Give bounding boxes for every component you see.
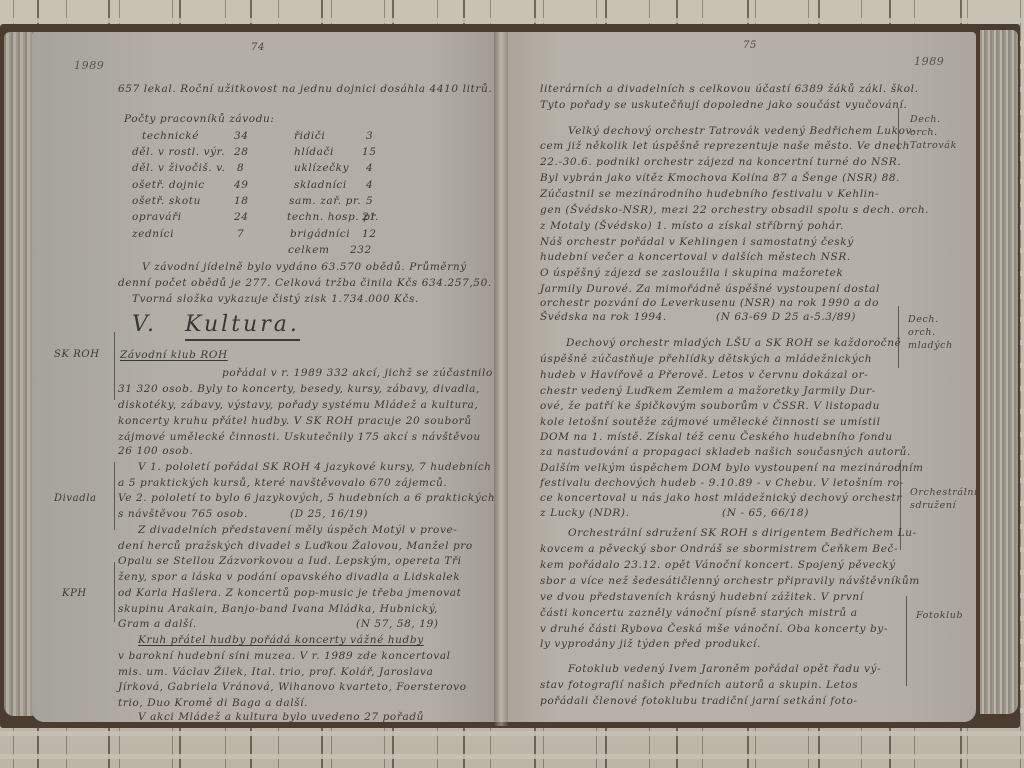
text-line: trio, Duo Kromě di Baga a další. xyxy=(118,698,308,709)
staff-label: děl. v živočiš. v. xyxy=(132,163,226,174)
text-line: Tyto pořady se uskutečňují dopoledne jak… xyxy=(540,100,907,111)
margin-note-fotoklub: Fotoklub xyxy=(916,610,976,623)
staff-value: 12 xyxy=(362,229,377,240)
staff-value: 8 xyxy=(237,163,244,174)
text-line: 31 320 osob. Byly to koncerty, besedy, k… xyxy=(118,384,480,395)
text-line: koncerty kruhu přátel hudby. V SK ROH pr… xyxy=(118,416,472,427)
staff-label: zedníci xyxy=(132,229,174,240)
staff-label: ošetř. skotu xyxy=(132,196,201,207)
margin-rule xyxy=(114,332,115,400)
staff-label: brigádníci xyxy=(290,229,350,240)
right-page-edges xyxy=(980,30,1018,714)
staff-label: hlídači xyxy=(294,147,334,158)
text-line: Z divadelních představení měly úspěch Mo… xyxy=(138,525,457,536)
section-title: Kultura. xyxy=(185,312,300,341)
text-line: V závodní jídelně bylo vydáno 63.570 obě… xyxy=(142,262,467,273)
margin-note-kph: KPH xyxy=(62,589,87,599)
margin-note-tatrovak: Dech. orch. Tatrovák xyxy=(910,114,970,152)
staff-label: děl. v rostl. výr. xyxy=(132,147,225,158)
staff-label: sam. zař. pr. xyxy=(289,196,361,207)
text-line: ly vyprodány již týden před produkcí. xyxy=(540,639,761,650)
margin-rule xyxy=(114,562,115,622)
staff-label: ošetř. dojnic xyxy=(132,180,205,191)
text-line: Dechový orchestr mladých LŠU a SK ROH se… xyxy=(566,338,901,349)
staff-label: uklízečky xyxy=(294,163,349,174)
staff-value: 18 xyxy=(234,196,249,207)
text-line: literárních a divadelních s celkovou úča… xyxy=(540,84,919,95)
text-line: Náš orchestr pořádal v Kehlingen i samos… xyxy=(540,237,854,248)
text-line: Opalu se Stellou Zázvorkovou a Iud. Leps… xyxy=(118,556,462,567)
left-page: 74 1989 657 lekal. Roční užitkovost na j… xyxy=(32,32,500,722)
text-line: z Motaly (Švédsko) 1. místo a získal stř… xyxy=(540,221,844,232)
page-number: 75 xyxy=(743,41,757,51)
text-line: Tvorná složka vykazuje čistý zisk 1.734.… xyxy=(132,294,419,305)
staff-total-label: celkem xyxy=(288,245,330,256)
staff-total-value: 232 xyxy=(350,245,372,256)
text-line: zájmové umělecké činnosti. Uskutečnily 1… xyxy=(118,432,481,443)
book-gutter xyxy=(494,32,508,726)
staff-value: 7 xyxy=(237,229,244,240)
text-line: ové, že patří ke špičkovým souborům v ČS… xyxy=(540,401,880,412)
text-line: orchestr pozvání do Leverkusenu (NSR) na… xyxy=(540,298,879,309)
margin-note-dech-orch-mladych: Dech. orch. mladých xyxy=(908,314,970,352)
text-line-kph: Kruh přátel hudby pořádá koncerty vážné … xyxy=(138,635,424,646)
text-line: ve dvou představeních krásný hudební záž… xyxy=(540,592,864,603)
margin-note-orchestralni-sdruzeni: Orchestrální sdružení xyxy=(910,487,972,513)
text-line: Gram a další. xyxy=(118,619,197,630)
year-mark: 1989 xyxy=(74,60,104,71)
staff-value: 28 xyxy=(234,147,249,158)
text-line: O úspěšný zájezd se zasloužila i skupina… xyxy=(540,268,843,279)
staff-label: technické xyxy=(142,131,199,142)
text-line: pořádali členové fotoklubu tradiční jarn… xyxy=(540,696,858,707)
text-line: Zúčastnil se mezinárodního hudebního fes… xyxy=(540,189,879,200)
staff-value: 4 xyxy=(366,180,373,191)
staff-value: 34 xyxy=(234,131,249,142)
text-line: Ve 2. pololetí to bylo 6 jazykových, 5 h… xyxy=(118,493,495,504)
staff-value: 5 xyxy=(366,196,373,207)
text-line: Jarmily Durové. Za mimořádně úspěšné vys… xyxy=(540,284,880,295)
text-line: hudeb v Havířově a Přerově. Letos v červ… xyxy=(540,370,868,381)
text-line: části koncertu zazněly vánoční písně sta… xyxy=(540,608,858,619)
text-line: sbor a více než šedesátičlenný orchestr … xyxy=(540,576,920,587)
text-line: Dalším velkým úspěchem DOM bylo vystoupe… xyxy=(540,463,924,474)
margin-rule xyxy=(114,462,115,530)
club-heading: Závodní klub ROH xyxy=(120,350,228,361)
text-line: pořádal v r. 1989 332 akcí, jichž se zúč… xyxy=(222,368,493,379)
text-line: ženy, spor a láska v podání opavského di… xyxy=(118,572,460,583)
text-line: úspěšně zúčastňuje přehlídky dětských a … xyxy=(540,354,872,365)
text-line: gen (Švédsko-NSR), mezi 22 orchestry obs… xyxy=(540,205,929,216)
reference-note: (D 25, 16/19) xyxy=(290,509,368,520)
text-line: kole letošní soutěže zájmové umělecké či… xyxy=(540,417,881,428)
text-line: cem již několik let úspěšně reprezentuje… xyxy=(540,141,910,152)
text-line: V 1. pololetí pořádal SK ROH 4 jazykové … xyxy=(138,462,492,473)
text-line: ce koncertoval u nás jako host mládežnic… xyxy=(540,493,902,504)
text-line: Švédska na rok 1994. xyxy=(540,312,667,323)
text-line: z Lucky (NDR). xyxy=(540,508,630,519)
text-line: Fotoklub vedený Ivem Jaroněm pořádal opě… xyxy=(568,664,881,675)
reference-note: (N - 65, 66/18) xyxy=(722,508,809,519)
text-line: a 5 praktických kursů, které navštěvoval… xyxy=(118,478,447,489)
text-line: stav fotografií našich předních autorů a… xyxy=(540,680,858,691)
text-line: Jírková, Gabriela Vránová, Wihanovo kvar… xyxy=(118,682,467,693)
text-line: 26 100 osob. xyxy=(118,446,193,457)
text-line: za nastudování a propagaci skladeb našic… xyxy=(540,447,911,458)
text-line: dení herců pražských divadel s Luďkou Ža… xyxy=(118,541,473,552)
text-line: Byl vybrán jako vítěz Kmochova Kolína 87… xyxy=(540,173,900,184)
text-line: denní počet obědů je 277. Celková tržba … xyxy=(118,278,492,289)
text-line: DOM na 1. místě. Získal též cenu Českého… xyxy=(540,432,893,443)
text-line: od Karla Hašlera. Z koncertů pop-music j… xyxy=(118,588,461,599)
text-line: s návštěvou 765 osob. xyxy=(118,509,248,520)
section-heading: V. Kultura. xyxy=(132,314,300,336)
staff-value: 3 xyxy=(366,131,373,142)
margin-rule xyxy=(906,596,907,686)
staff-value: 49 xyxy=(234,180,249,191)
text-line: Orchestrální sdružení SK ROH s dirigente… xyxy=(568,528,917,539)
staff-value: 24 xyxy=(234,212,249,223)
section-numeral: V. xyxy=(132,312,157,337)
year-mark: 1989 xyxy=(914,56,944,67)
text-line: mis. um. Václav Žilek, Ital. trio, prof.… xyxy=(118,667,433,678)
staff-label: řidiči xyxy=(294,131,325,142)
page-number: 74 xyxy=(251,43,265,53)
text-line: V akci Mládež a kultura bylo uvedeno 27 … xyxy=(138,712,424,722)
text-line: 657 lekal. Roční užitkovost na jednu doj… xyxy=(118,84,492,95)
staff-value: 4 xyxy=(366,163,373,174)
text-line: 22.-30.6. podnikl orchestr zájezd na kon… xyxy=(540,157,901,168)
reference-note: (N 63-69 D 25 a-5.3/89) xyxy=(716,312,856,323)
text-line: hudební večer a koncertoval v dalších mě… xyxy=(540,252,851,263)
text-line: festivalu dechových hudeb - 9.10.89 - v … xyxy=(540,478,904,489)
staff-label: opraváři xyxy=(132,212,182,223)
text-line: v barokní hudební síni muzea. V r. 1989 … xyxy=(118,651,451,662)
reference-note: (N 57, 58, 19) xyxy=(356,619,439,630)
staff-table-caption: Počty pracovníků závodu: xyxy=(124,114,275,125)
staff-label: skladníci xyxy=(294,180,347,191)
text-line: kovcem a pěvecký sbor Ondráš se sbormist… xyxy=(540,544,898,555)
text-line: kem pořádalo 23.12. opět Vánoční koncert… xyxy=(540,560,896,571)
text-line: skupinu Arakain, Banjo-band Ivana Mládka… xyxy=(118,604,438,615)
staff-value: 15 xyxy=(362,147,377,158)
open-chronicle-book: 74 1989 657 lekal. Roční užitkovost na j… xyxy=(0,10,1024,726)
text-line: Velký dechový orchestr Tatrovák vedený B… xyxy=(568,126,916,137)
right-page: 75 1989 literárních a divadelních s celk… xyxy=(500,32,976,722)
margin-note-divadla: Divadla xyxy=(54,494,97,504)
text-line: v druhé části Rybova Česká mše vánoční. … xyxy=(540,624,888,635)
text-line: diskotéky, zábavy, výstavy, pořady systé… xyxy=(118,400,478,411)
staff-value: 21 xyxy=(362,212,377,223)
margin-note-sk-roh: SK ROH xyxy=(54,350,100,360)
text-line: chestr vedený Luďkem Zemlem a mažoretky … xyxy=(540,386,876,397)
